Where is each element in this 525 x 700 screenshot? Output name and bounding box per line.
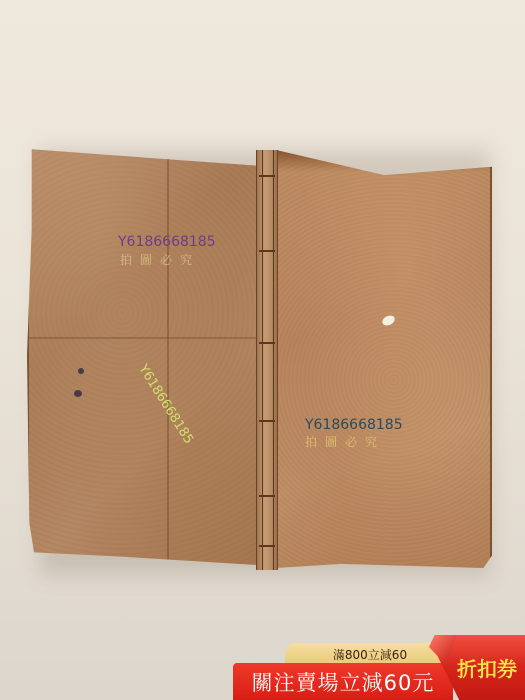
binding-stitch (259, 495, 275, 497)
book-left-cover (27, 145, 262, 565)
coupon-badge-label: 折扣券 (457, 653, 517, 682)
binding-stitch (259, 250, 275, 252)
book-right-cover (276, 150, 492, 568)
coupon-headline[interactable]: 關注賣場立減60元 (233, 663, 453, 700)
binding-stitch (259, 545, 275, 547)
binding-thread (273, 150, 274, 570)
watermark-id: Y6186668185 (118, 234, 216, 250)
product-photo: Y6186668185 拍圖必究 Y6186668185 Y6186668185… (0, 0, 525, 700)
ink-stain (74, 390, 82, 397)
watermark-notice: 拍圖必究 (120, 251, 200, 268)
coupon-banner[interactable]: 滿800立減60 關注賣場立減60元 折扣券 (233, 635, 525, 700)
cover-crease (167, 145, 169, 565)
watermark-notice: 拍圖必究 (305, 433, 385, 450)
binding-thread (262, 150, 263, 570)
ink-stain (78, 368, 84, 374)
cover-crease (29, 337, 262, 339)
book-binding (256, 150, 278, 570)
binding-stitch (259, 420, 275, 422)
binding-stitch (259, 342, 275, 344)
binding-stitch (259, 175, 275, 177)
watermark-id: Y6186668185 (305, 417, 403, 433)
